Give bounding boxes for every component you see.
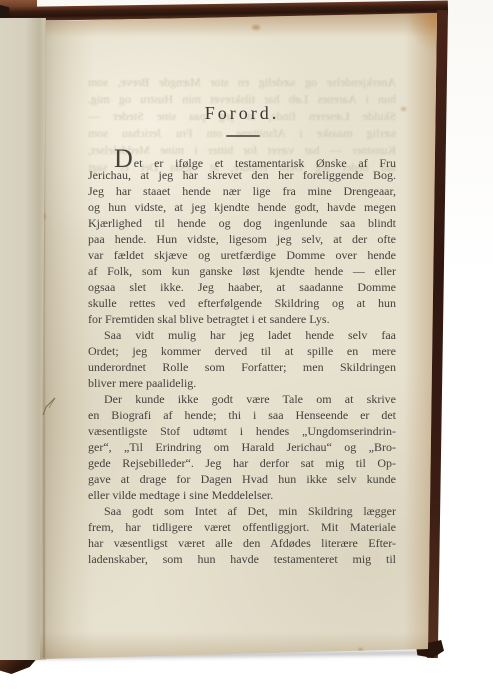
foxing-spot xyxy=(252,25,260,30)
page-heading: Forord. xyxy=(88,103,396,124)
text-line: en Biografi af hende; thi i saa Henseend… xyxy=(88,407,396,423)
text-line: Der kunde ikke godt være Tale om at skri… xyxy=(88,391,396,407)
text-line: bliver mere paalidelig. xyxy=(88,375,396,391)
text-line: har væsentligst været alle den Afdødes l… xyxy=(88,535,396,551)
text-line: Saa vidt mulig har jeg ladet hende selv … xyxy=(88,327,396,343)
text-block: Det er ifølge et testamentarisk Ønske af… xyxy=(88,151,396,567)
text-line: skulle rettes ved efterfølgende Skildrin… xyxy=(88,295,396,311)
text-line: gave at drage for Dagen Hvad hun ikke se… xyxy=(88,471,396,487)
page-tear xyxy=(40,396,58,418)
text-line: for Fremtiden skal blive betragtet i et … xyxy=(88,311,396,327)
text-line: frem, har tidligere været offentliggjort… xyxy=(88,519,396,535)
text-line: Jeg har staaet hende nær lige fra mine D… xyxy=(88,183,396,199)
text-line: Det er ifølge et testamentarisk Ønske af… xyxy=(88,151,396,167)
text-line: af Folk, som kun ganske løst kjendte hen… xyxy=(88,263,396,279)
show-through-line: Anerkjendelse og sædelig en stor Mængde … xyxy=(88,74,396,91)
book-page: Anerkjendelse og sædelig en stor Mængde … xyxy=(0,0,493,700)
facing-page-edge xyxy=(0,18,46,660)
text-line: Jerichau, at jeg har skrevet den her for… xyxy=(88,167,396,183)
text-line: Saa godt som Intet af Det, min Skildring… xyxy=(88,503,396,519)
text-line: ger“, „Til Erindring om Harald Jerichau“… xyxy=(88,439,396,455)
text-line: var fældet skjæve og uretfærdige Domme o… xyxy=(88,247,396,263)
foxing-spot xyxy=(401,107,406,111)
text-line: underordnet Rolle som Forfatter; men Ski… xyxy=(88,359,396,375)
text-line: Kjærlighed til hende og dog ingenlunde s… xyxy=(88,215,396,231)
text-line: væsentligste Stof udtømt i hendes „Ungdo… xyxy=(88,423,396,439)
text-line: Ordet; jeg kommer derved til at spille e… xyxy=(88,343,396,359)
text-line: ladenskaber, som hun havde testamenteret… xyxy=(88,551,396,567)
heading-rule xyxy=(226,135,260,137)
book-photo: Anerkjendelse og sædelig en stor Mængde … xyxy=(0,0,493,700)
text-line: ogsaa slet ikke. Jeg haaber, at saadanne… xyxy=(88,279,396,295)
show-through-line: særlig maaske i Afsnittene om Fru Jerich… xyxy=(88,125,396,142)
text-line: paa hende. Hun vidste, ligesom jeg selv,… xyxy=(88,231,396,247)
text-line: og hun vidste, at jeg kjendte hende godt… xyxy=(88,199,396,215)
text-line: gede Rejsebilleder“. Jeg har derfor sat … xyxy=(88,455,396,471)
text-line: eller vilde medtage i sine Meddelelser. xyxy=(88,487,396,503)
